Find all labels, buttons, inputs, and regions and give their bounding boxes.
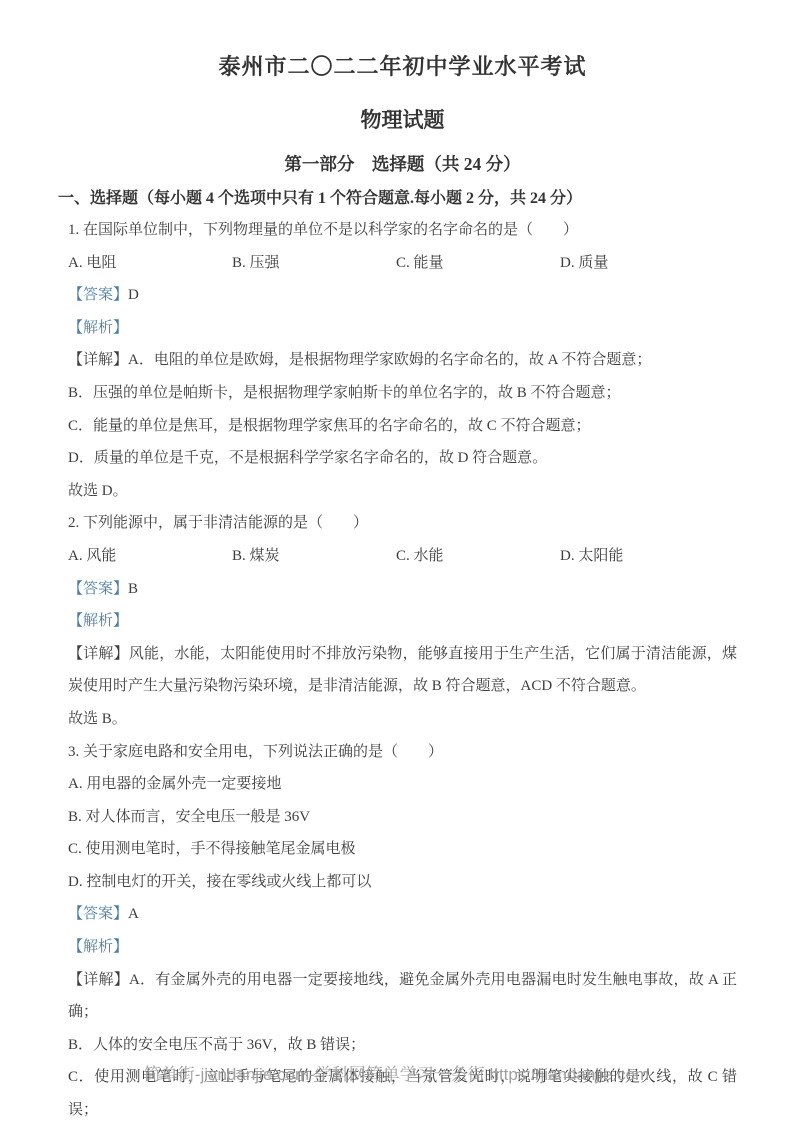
question-1-detail-line: C．能量的单位是焦耳，是根据物理学家焦耳的名字命名的，故 C 不符合题意； [68, 410, 737, 443]
answer-label: 【答案】 [68, 906, 128, 922]
answer-label: 【答案】 [68, 287, 128, 303]
analysis-label: 【解析】 [68, 312, 737, 345]
question-1-detail-line: 【详解】A．电阻的单位是欧姆，是根据物理学家欧姆的名字命名的，故 A 不符合题意… [68, 344, 737, 377]
question-3-detail-line: 【详解】A．有金属外壳的用电器一定要接地线，避免金属外壳用电器漏电时发生触电事故… [68, 964, 737, 1029]
section-instructions: 一、选择题（每小题 4 个选项中只有 1 个符合题意.每小题 2 分，共 24 … [58, 184, 737, 214]
question-3-answer-line: 【答案】A [68, 898, 737, 931]
question-1-option-b: B. 压强 [232, 247, 396, 280]
question-1-option-d: D. 质量 [560, 247, 737, 280]
question-2-detail-line: 【详解】风能，水能，太阳能使用时不排放污染物，能够直接用于生产生活，它们属于清洁… [68, 638, 737, 703]
question-2-option-d: D. 太阳能 [560, 540, 737, 573]
exam-title: 泰州市二〇二二年初中学业水平考试 [68, 52, 737, 82]
question-3-option-c: C. 使用测电笔时，手不得接触笔尾金属电极 [68, 833, 737, 866]
section-heading: 第一部分 选择题（共 24 分） [68, 152, 737, 176]
question-2-option-b: B. 煤炭 [232, 540, 396, 573]
exam-subtitle: 物理试题 [68, 106, 737, 134]
analysis-label: 【解析】 [68, 931, 737, 964]
question-2-answer-value: B [128, 581, 138, 597]
question-2-answer-line: 【答案】B [68, 573, 737, 606]
question-3-option-d: D. 控制电灯的开关，接在零线或火线上都可以 [68, 866, 737, 899]
question-3-option-b: B. 对人体而言，安全电压一般是 36V [68, 801, 737, 834]
answer-label: 【答案】 [68, 581, 128, 597]
question-3-answer-value: A [128, 906, 139, 922]
question-1-option-a: A. 电阻 [68, 247, 232, 280]
question-3-detail-line: B．人体的安全电压不高于 36V，故 B 错误； [68, 1029, 737, 1062]
question-2-options: A. 风能 B. 煤炭 C. 水能 D. 太阳能 [68, 540, 737, 573]
question-2-option-c: C. 水能 [396, 540, 560, 573]
question-1-answer-value: D [128, 287, 139, 303]
question-3-stem: 3. 关于家庭电路和安全用电，下列说法正确的是（ ） [68, 736, 737, 769]
watermark-footer: 简单街-jiandanjie.com-学科网简单学习一条街 https://ji… [0, 1062, 793, 1088]
analysis-label: 【解析】 [68, 605, 737, 638]
question-1-detail-line: B．压强的单位是帕斯卡，是根据物理学家帕斯卡的单位名字的，故 B 不符合题意； [68, 377, 737, 410]
question-2-stem: 2. 下列能源中，属于非清洁能源的是（ ） [68, 507, 737, 540]
question-3-option-a: A. 用电器的金属外壳一定要接地 [68, 768, 737, 801]
question-1: 1. 在国际单位制中，下列物理量的单位不是以科学家的名字命名的是（ ） A. 电… [68, 214, 737, 507]
question-1-options: A. 电阻 B. 压强 C. 能量 D. 质量 [68, 247, 737, 280]
question-1-conclusion: 故选 D。 [68, 475, 737, 508]
question-1-stem: 1. 在国际单位制中，下列物理量的单位不是以科学家的名字命名的是（ ） [68, 214, 737, 247]
question-2: 2. 下列能源中，属于非清洁能源的是（ ） A. 风能 B. 煤炭 C. 水能 … [68, 507, 737, 735]
question-1-option-c: C. 能量 [396, 247, 560, 280]
question-2-option-a: A. 风能 [68, 540, 232, 573]
exam-document: 泰州市二〇二二年初中学业水平考试 物理试题 第一部分 选择题（共 24 分） 一… [0, 0, 793, 1122]
question-2-conclusion: 故选 B。 [68, 703, 737, 736]
question-1-detail-line: D．质量的单位是千克，不是根据科学学家名字命名的，故 D 符合题意。 [68, 442, 737, 475]
question-1-answer-line: 【答案】D [68, 279, 737, 312]
